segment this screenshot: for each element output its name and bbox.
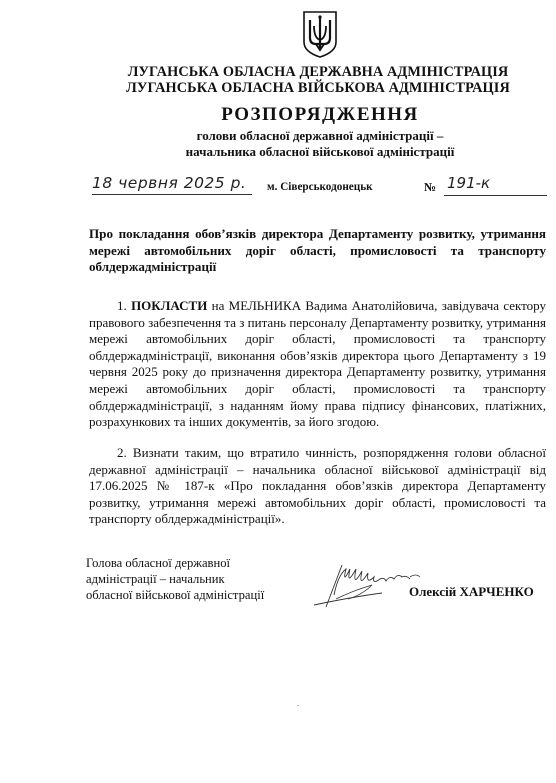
handwritten-signature-icon — [312, 555, 422, 610]
document-meta-row: 18 червня 2025 р. м. Сіверськодонецьк № … — [92, 174, 552, 204]
number-underline — [444, 195, 547, 196]
city-label: м. Сіверськодонецьк — [267, 181, 373, 193]
paragraph-1-bold-verb: ПОКЛАСТИ — [131, 298, 207, 313]
paragraph-1-number: 1. — [117, 298, 131, 313]
paragraph-2-number: 2. — [117, 445, 133, 460]
document-subtitle-line2: начальника обласної військової адміністр… — [0, 144, 556, 160]
organization-name-line2: ЛУГАНСЬКА ОБЛАСНА ВІЙСЬКОВА АДМІНІСТРАЦІ… — [0, 80, 556, 97]
document-type-title: РОЗПОРЯДЖЕННЯ — [0, 104, 556, 126]
signatory-position-line2: адміністрації – начальник — [86, 572, 264, 588]
signatory-position-line1: Голова обласної державної — [86, 556, 264, 572]
number-sign: № — [424, 180, 436, 195]
scan-artifact — [297, 705, 299, 706]
document-subject: Про покладання обов’язків директора Депа… — [89, 226, 546, 276]
signatory-name: Олексій ХАРЧЕНКО — [409, 584, 534, 600]
handwritten-date: 18 червня 2025 р. — [92, 174, 246, 192]
handwritten-document-number: 191-к — [447, 174, 490, 192]
signatory-position: Голова обласної державної адміністрації … — [86, 556, 264, 603]
paragraph-2: 2. Визнати таким, що втратило чинність, … — [89, 445, 546, 528]
signatory-position-line3: обласної військової адміністрації — [86, 588, 264, 604]
date-underline — [92, 194, 252, 195]
paragraph-1: 1. ПОКЛАСТИ на МЕЛЬНИКА Вадима Анатолійо… — [89, 298, 546, 431]
paragraph-1-text: на МЕЛЬНИКА Вадима Анатолійовича, завіду… — [89, 298, 546, 429]
document-subtitle-line1: голови обласної державної адміністрації … — [0, 128, 556, 144]
paragraph-2-text: Визнати таким, що втратило чинність, роз… — [89, 445, 546, 526]
organization-name-line1: ЛУГАНСЬКА ОБЛАСНА ДЕРЖАВНА АДМІНІСТРАЦІЯ — [0, 64, 556, 81]
trident-emblem-icon — [302, 10, 338, 58]
